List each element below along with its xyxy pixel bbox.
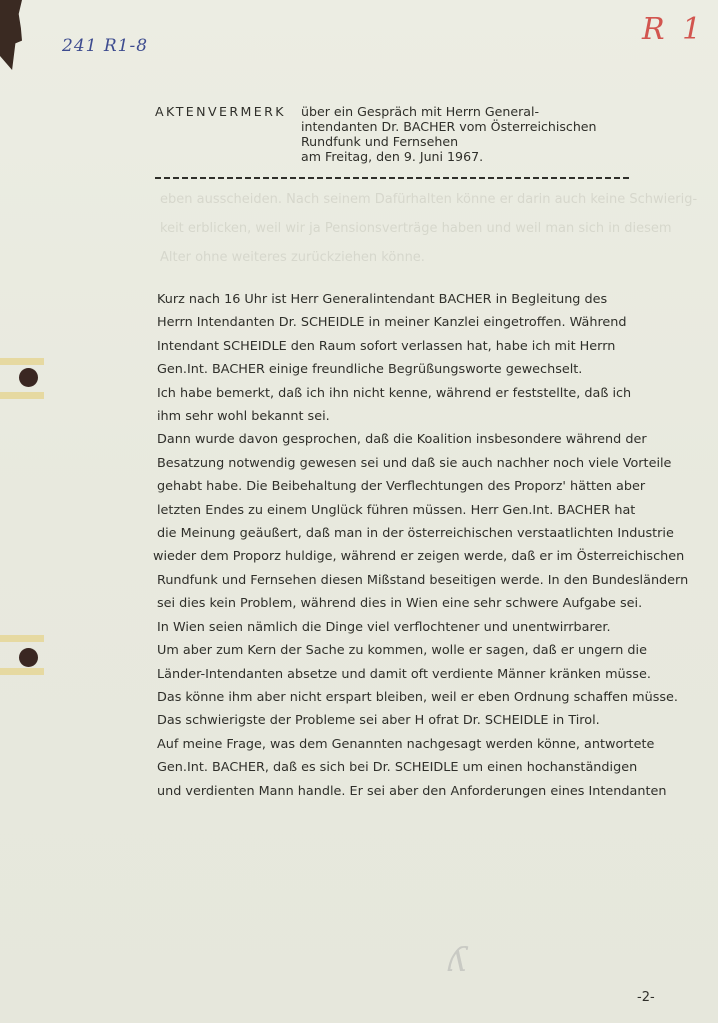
torn-corner bbox=[0, 0, 22, 70]
subject-line: über ein Gespräch mit Herrn General- bbox=[301, 104, 597, 119]
pencil-initials: ʎ bbox=[448, 940, 467, 980]
tape-strip bbox=[0, 668, 44, 675]
body-line: Gen.Int. BACHER, daß es sich bei Dr. SCH… bbox=[157, 756, 688, 779]
body-line: wieder dem Proporz huldige, während er z… bbox=[153, 545, 688, 568]
memo-subject: über ein Gespräch mit Herrn General- int… bbox=[301, 104, 597, 164]
body-line: letzten Endes zu einem Unglück führen mü… bbox=[157, 499, 688, 522]
body-line: Ich habe bemerkt, daß ich ihn nicht kenn… bbox=[157, 382, 688, 405]
bleed-line: eben ausscheiden. Nach seinem Dafürhalte… bbox=[160, 186, 697, 214]
tape-strip bbox=[0, 358, 44, 365]
body-line: Herrn Intendanten Dr. SCHEIDLE in meiner… bbox=[157, 311, 688, 334]
punch-hole bbox=[19, 648, 38, 667]
body-line: In Wien seien nämlich die Dinge viel ver… bbox=[157, 616, 688, 639]
dashed-divider bbox=[155, 177, 630, 179]
subject-line: am Freitag, den 9. Juni 1967. bbox=[301, 149, 597, 164]
bleed-line: keit erblicken, weil wir ja Pensionsvert… bbox=[160, 215, 672, 243]
tape-strip bbox=[0, 392, 44, 399]
body-line: Um aber zum Kern der Sache zu kommen, wo… bbox=[157, 639, 688, 662]
page-number: -2- bbox=[637, 990, 655, 1005]
body-line: Dann wurde davon gesprochen, daß die Koa… bbox=[157, 428, 688, 451]
body-line: Länder-Intendanten absetze und damit oft… bbox=[157, 663, 688, 686]
body-line: ihm sehr wohl bekannt sei. bbox=[157, 405, 688, 428]
body-line: Das könne ihm aber nicht erspart bleiben… bbox=[157, 686, 688, 709]
body-line: sei dies kein Problem, während dies in W… bbox=[157, 592, 688, 615]
memo-label: AKTENVERMERK bbox=[155, 104, 286, 119]
body-line: Kurz nach 16 Uhr ist Herr Generalintenda… bbox=[157, 288, 688, 311]
subject-line: Rundfunk und Fernsehen bbox=[301, 134, 597, 149]
body-line: die Meinung geäußert, daß man in der öst… bbox=[157, 522, 688, 545]
folder-mark: R 1 bbox=[642, 12, 705, 47]
memo-body: Kurz nach 16 Uhr ist Herr Generalintenda… bbox=[157, 288, 688, 803]
document-page: 241 R1-8 R 1 eben ausscheiden. Nach sein… bbox=[0, 0, 718, 1023]
body-line: Besatzung notwendig gewesen sei und daß … bbox=[157, 452, 688, 475]
body-line: Rundfunk und Fernsehen diesen Mißstand b… bbox=[157, 569, 688, 592]
subject-line: intendanten Dr. BACHER vom Österreichisc… bbox=[301, 119, 597, 134]
body-line: und verdienten Mann handle. Er sei aber … bbox=[157, 780, 688, 803]
punch-hole bbox=[19, 368, 38, 387]
body-line: Gen.Int. BACHER einige freundliche Begrü… bbox=[157, 358, 688, 381]
body-line: Auf meine Frage, was dem Genannten nachg… bbox=[157, 733, 688, 756]
body-line: gehabt habe. Die Beibehaltung der Verfle… bbox=[157, 475, 688, 498]
tape-strip bbox=[0, 635, 44, 642]
archive-reference: 241 R1-8 bbox=[62, 36, 148, 56]
bleed-line: Alter ohne weiteres zurückziehen könne. bbox=[160, 244, 425, 272]
body-line: Das schwierigste der Probleme sei aber H… bbox=[157, 709, 688, 732]
body-line: Intendant SCHEIDLE den Raum sofort verla… bbox=[157, 335, 688, 358]
